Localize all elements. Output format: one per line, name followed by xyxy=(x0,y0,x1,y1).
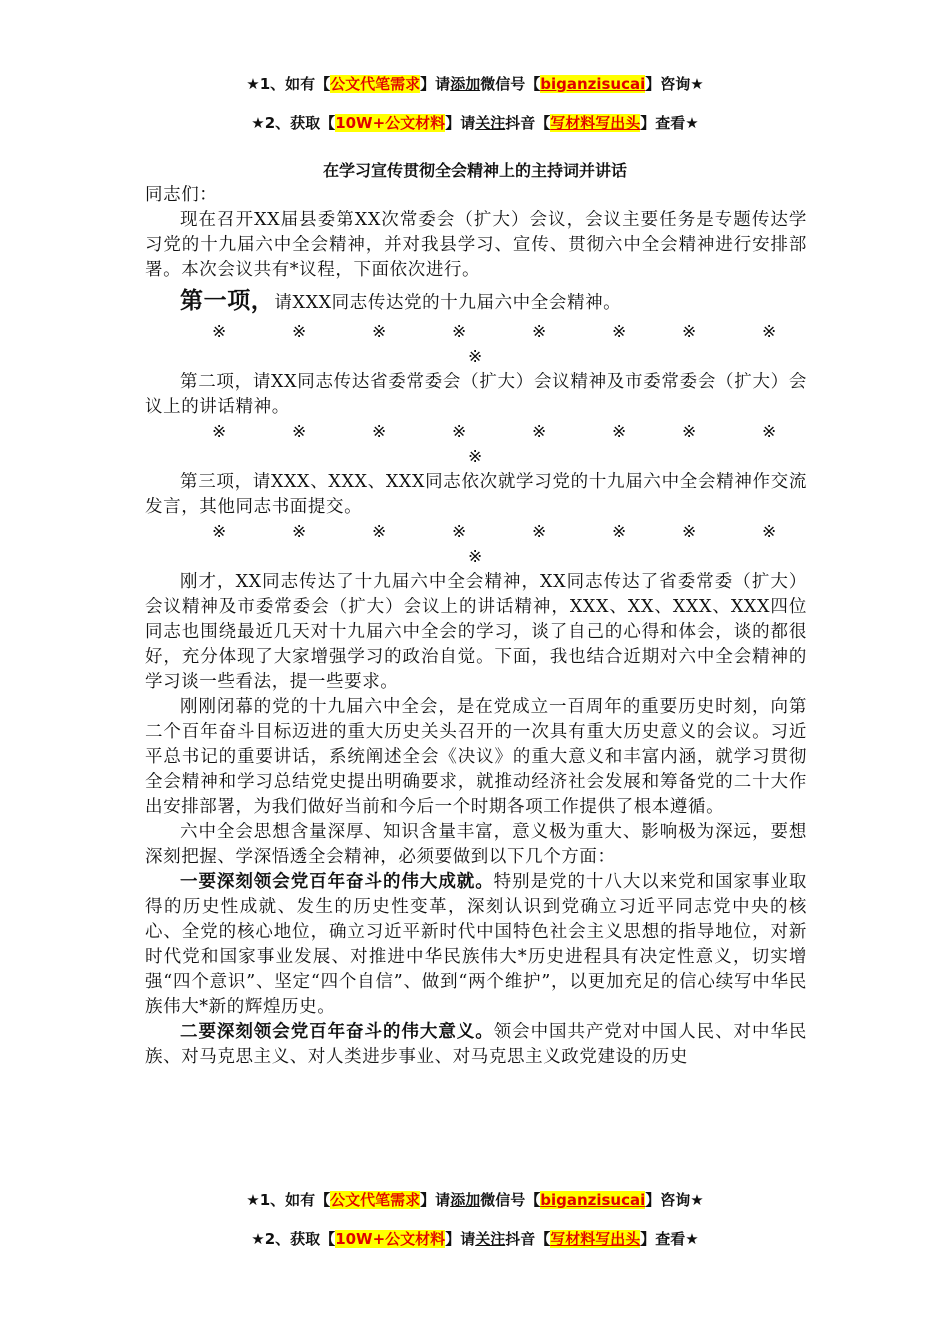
underlined-follow: 关注 xyxy=(475,1230,505,1248)
banner-text: 微信号【 xyxy=(480,1191,540,1209)
agenda-item-3: 第三项，请XXX、XXX、XXX同志依次就学习党的十九届六中全会精神作交流发言，… xyxy=(145,470,807,520)
banner-text: 抖音【 xyxy=(505,114,550,132)
douyin-account: 写材料写出头 xyxy=(550,114,640,132)
underlined-add: 添加 xyxy=(450,1191,480,1209)
reference-mark-icon: ※ xyxy=(682,420,697,445)
agenda-item-1: 第一项，请XXX同志传达党的十九届六中全会精神。 xyxy=(145,289,807,316)
reference-mark-icon: ※ xyxy=(292,320,307,345)
reference-mark-icon: ※ xyxy=(372,420,387,445)
reference-mark-icon: ※ xyxy=(468,345,483,370)
point-1-heading: 一要深刻领会党百年奋斗的伟大成就。 xyxy=(180,872,494,892)
agenda-item-1-label: 第一项， xyxy=(180,288,274,314)
bottom-banner-line-1: ★1、如有【公文代笔需求】请添加微信号【biganzisucai】咨询★ xyxy=(0,1189,950,1210)
highlight-materials: 10W+公文材料 xyxy=(335,114,445,132)
reference-mark-icon: ※ xyxy=(372,520,387,545)
point-1-paragraph: 一要深刻领会党百年奋斗的伟大成就。特别是党的十八大以来党和国家事业取得的历史性成… xyxy=(145,870,807,1020)
bottom-banner-line-2: ★2、获取【10W+公文材料】请关注抖音【写材料写出头】查看★ xyxy=(0,1228,950,1249)
highlight-service: 公文代笔需求 xyxy=(330,75,420,93)
salutation: 同志们： xyxy=(145,183,807,208)
separator-row: ※ ※ ※ ※ ※ ※ ※ ※ ※ xyxy=(145,320,807,370)
douyin-account: 写材料写出头 xyxy=(550,1230,640,1248)
summary-paragraph: 刚才，XX同志传达了十九届六中全会精神，XX同志传达了省委常委（扩大）会议精神及… xyxy=(145,570,807,695)
reference-mark-icon: ※ xyxy=(212,420,227,445)
top-banner-line-1: ★1、如有【公文代笔需求】请添加微信号【biganzisucai】咨询★ xyxy=(0,73,950,94)
wechat-id: biganzisucai xyxy=(540,1191,645,1209)
intro-paragraph: 现在召开XX届县委第XX次常委会（扩大）会议，会议主要任务是专题传达学习党的十九… xyxy=(145,208,807,283)
reference-mark-icon: ※ xyxy=(762,420,777,445)
point-2-paragraph: 二要深刻领会党百年奋斗的伟大意义。领会中国共产党对中国人民、对中华民族、对马克思… xyxy=(145,1020,807,1070)
reference-mark-icon: ※ xyxy=(292,420,307,445)
highlight-service: 公文代笔需求 xyxy=(330,1191,420,1209)
highlight-materials: 10W+公文材料 xyxy=(335,1230,445,1248)
reference-mark-icon: ※ xyxy=(612,320,627,345)
banner-text: ★2、获取【 xyxy=(251,114,335,132)
top-banner-line-2: ★2、获取【10W+公文材料】请关注抖音【写材料写出头】查看★ xyxy=(0,112,950,133)
banner-text: 】请 xyxy=(420,1191,450,1209)
banner-text: 】请 xyxy=(420,75,450,93)
reference-mark-icon: ※ xyxy=(468,545,483,570)
reference-mark-icon: ※ xyxy=(292,520,307,545)
point-1-text: 特别是党的十八大以来党和国家事业取得的历史性成就、发生的历史性变革，深刻认识到党… xyxy=(145,872,807,1017)
banner-text: 】请 xyxy=(445,114,475,132)
reference-mark-icon: ※ xyxy=(762,320,777,345)
underlined-follow: 关注 xyxy=(475,114,505,132)
banner-text: ★1、如有【 xyxy=(246,75,330,93)
reference-mark-icon: ※ xyxy=(452,420,467,445)
agenda-item-2: 第二项，请XX同志传达省委常委会（扩大）会议精神及市委常委会（扩大）会议上的讲话… xyxy=(145,370,807,420)
reference-mark-icon: ※ xyxy=(762,520,777,545)
reference-mark-icon: ※ xyxy=(682,520,697,545)
significance-paragraph: 刚刚闭幕的党的十九届六中全会，是在党成立一百周年的重要历史时刻，向第二个百年奋斗… xyxy=(145,695,807,820)
separator-row: ※ ※ ※ ※ ※ ※ ※ ※ ※ xyxy=(145,420,807,470)
banner-text: 】查看★ xyxy=(640,1230,698,1248)
reference-mark-icon: ※ xyxy=(532,520,547,545)
reference-mark-icon: ※ xyxy=(532,320,547,345)
wechat-id: biganzisucai xyxy=(540,75,645,93)
reference-mark-icon: ※ xyxy=(682,320,697,345)
reference-mark-icon: ※ xyxy=(612,420,627,445)
requirements-intro-paragraph: 六中全会思想含量深厚、知识含量丰富，意义极为重大、影响极为深远，要想深刻把握、学… xyxy=(145,820,807,870)
reference-mark-icon: ※ xyxy=(372,320,387,345)
separator-row: ※ ※ ※ ※ ※ ※ ※ ※ ※ xyxy=(145,520,807,570)
document-body: 同志们： 现在召开XX届县委第XX次常委会（扩大）会议，会议主要任务是专题传达学… xyxy=(145,183,807,1070)
reference-mark-icon: ※ xyxy=(612,520,627,545)
agenda-item-1-text: 请XXX同志传达党的十九届六中全会精神。 xyxy=(274,293,621,313)
underlined-add: 添加 xyxy=(450,75,480,93)
reference-mark-icon: ※ xyxy=(468,445,483,470)
banner-text: 】请 xyxy=(445,1230,475,1248)
document-title: 在学习宣传贯彻全会精神上的主持词并讲话 xyxy=(0,158,950,181)
banner-text: 微信号【 xyxy=(480,75,540,93)
banner-text: 】咨询★ xyxy=(645,75,703,93)
reference-mark-icon: ※ xyxy=(212,320,227,345)
point-2-heading: 二要深刻领会党百年奋斗的伟大意义。 xyxy=(180,1022,494,1042)
banner-text: 】查看★ xyxy=(640,114,698,132)
reference-mark-icon: ※ xyxy=(452,320,467,345)
banner-text: 抖音【 xyxy=(505,1230,550,1248)
reference-mark-icon: ※ xyxy=(452,520,467,545)
reference-mark-icon: ※ xyxy=(532,420,547,445)
banner-text: ★1、如有【 xyxy=(246,1191,330,1209)
banner-text: 】咨询★ xyxy=(645,1191,703,1209)
banner-text: ★2、获取【 xyxy=(251,1230,335,1248)
reference-mark-icon: ※ xyxy=(212,520,227,545)
